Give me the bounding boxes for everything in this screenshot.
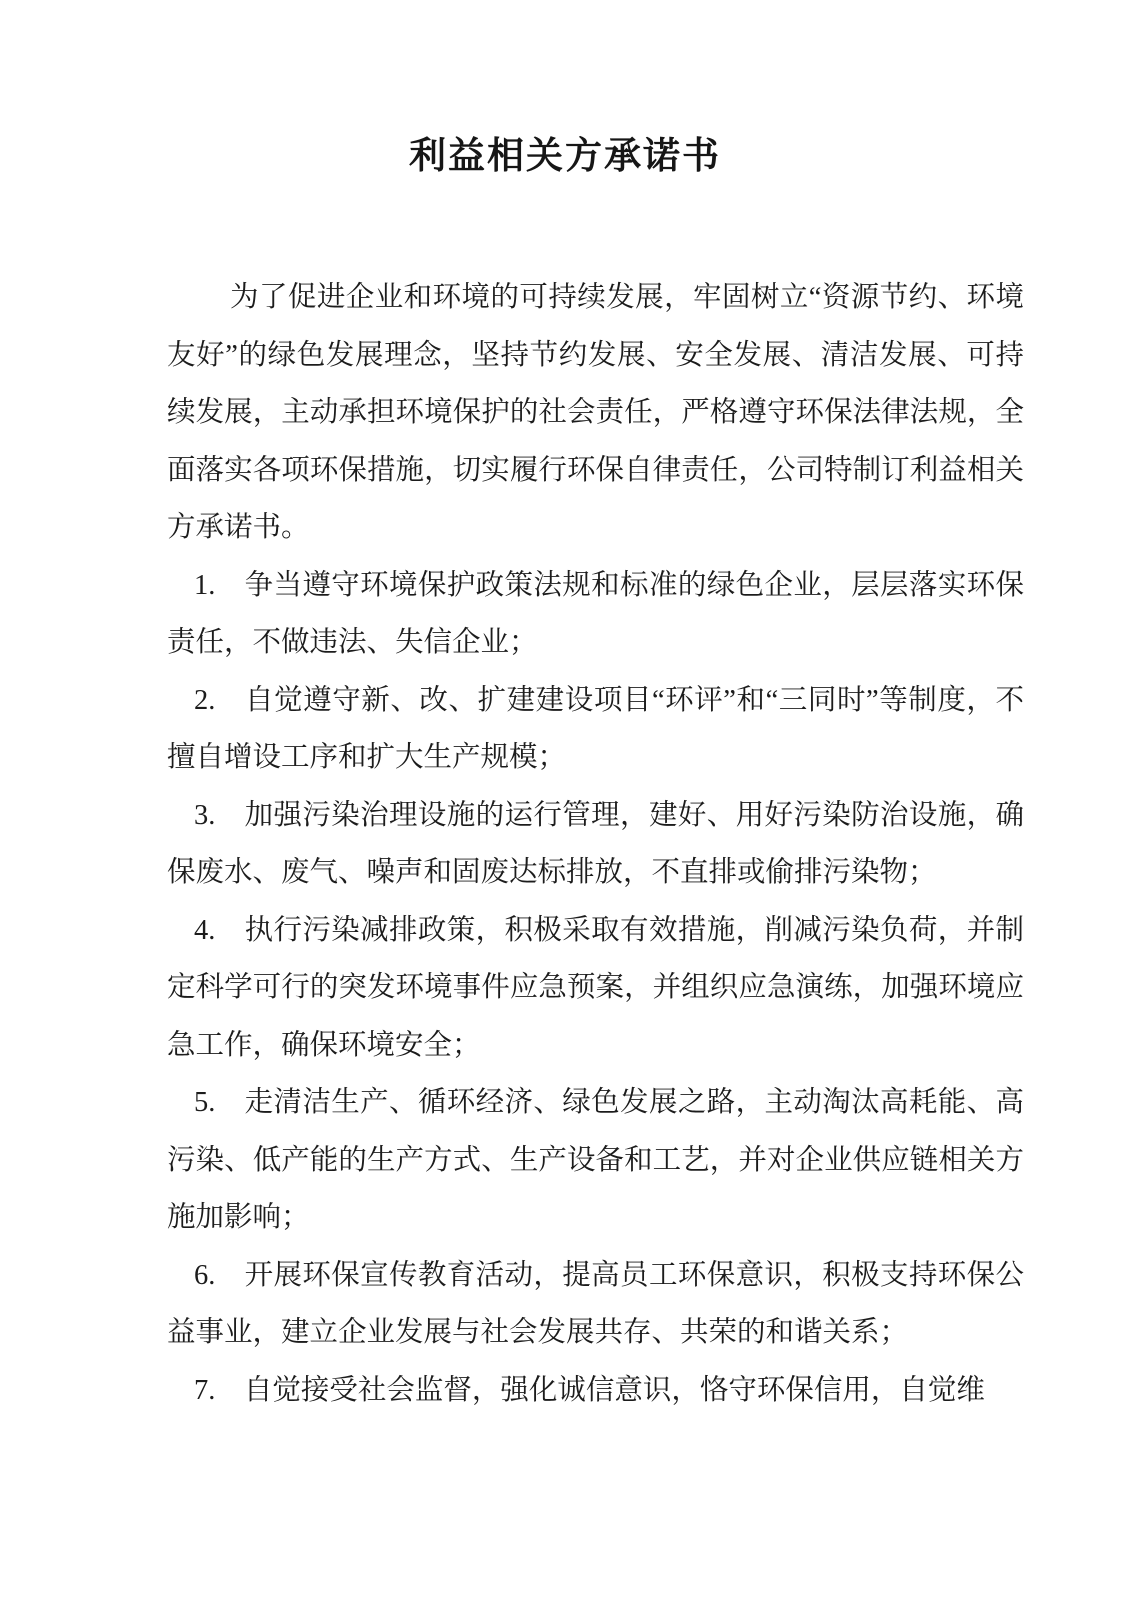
document-title: 利益相关方承诺书 (0, 0, 1130, 184)
commitment-item-3: 3. 加强污染治理设施的运行管理，建好、用好污染防治设施，确保废水、废气、噪声和… (167, 787, 1024, 902)
commitment-item-2: 2. 自觉遵守新、改、扩建建设项目“环评”和“三同时”等制度，不擅自增设工序和扩… (167, 672, 1024, 787)
commitment-item-4: 4. 执行污染减排政策，积极采取有效措施，削减污染负荷，并制定科学可行的突发环境… (167, 902, 1024, 1075)
commitment-item-1: 1. 争当遵守环境保护政策法规和标准的绿色企业，层层落实环保责任，不做违法、失信… (167, 557, 1024, 672)
paragraph-intro: 为了促进企业和环境的可持续发展，牢固树立“资源节约、环境友好”的绿色发展理念，坚… (167, 269, 1024, 557)
document-body: 为了促进企业和环境的可持续发展，牢固树立“资源节约、环境友好”的绿色发展理念，坚… (167, 269, 1024, 1419)
document-page: 利益相关方承诺书 为了促进企业和环境的可持续发展，牢固树立“资源节约、环境友好”… (0, 0, 1130, 1600)
commitment-item-7: 7. 自觉接受社会监督，强化诚信意识，恪守环保信用，自觉维 (167, 1362, 1024, 1420)
commitment-item-6: 6. 开展环保宣传教育活动，提高员工环保意识，积极支持环保公益事业，建立企业发展… (167, 1247, 1024, 1362)
commitment-item-5: 5. 走清洁生产、循环经济、绿色发展之路，主动淘汰高耗能、高污染、低产能的生产方… (167, 1074, 1024, 1247)
